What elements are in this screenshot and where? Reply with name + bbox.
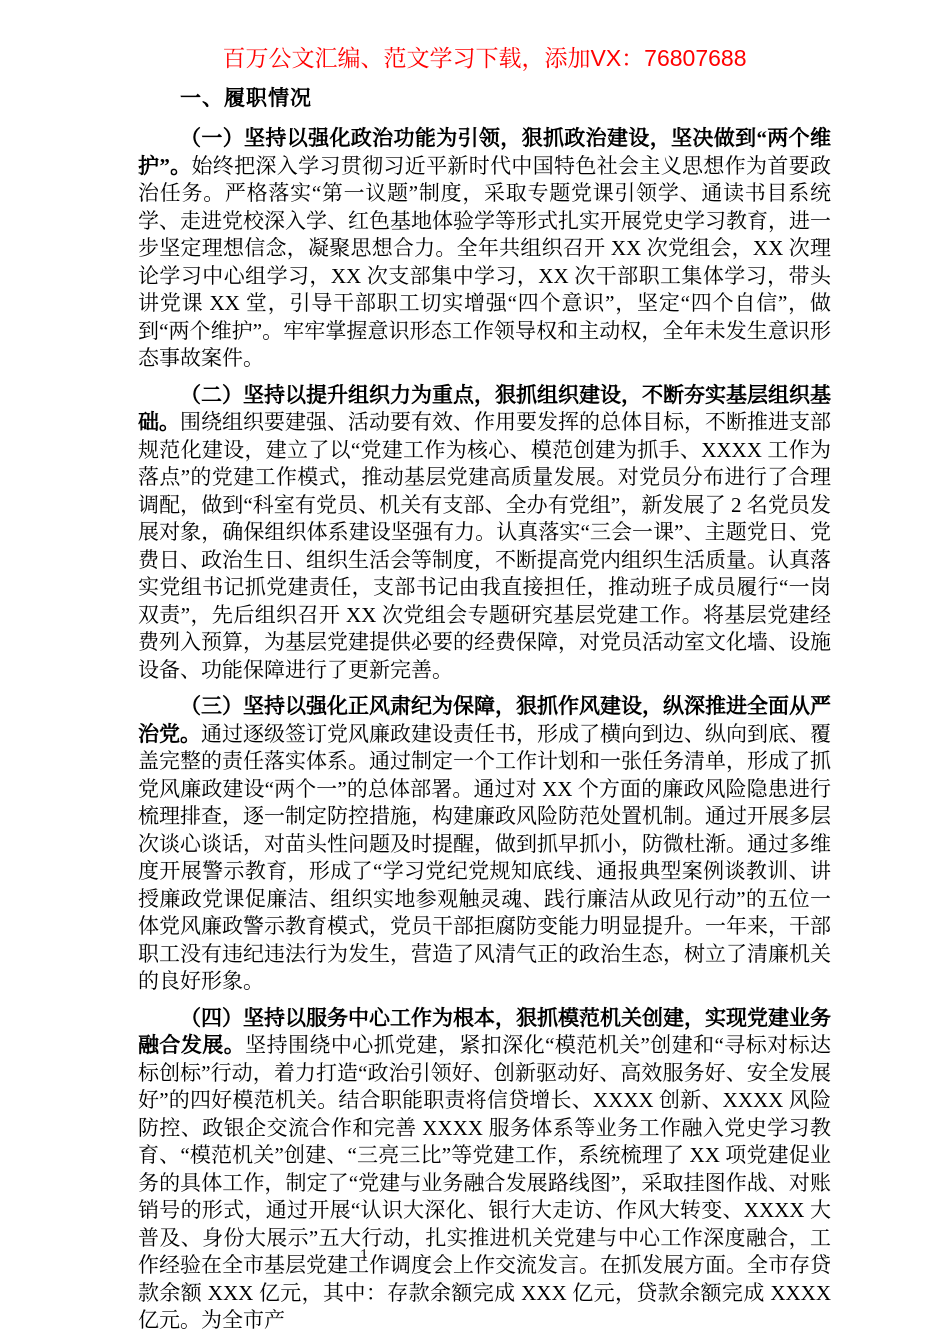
- section-heading: 一、履职情况: [138, 85, 831, 113]
- paragraph-4-body: 坚持围绕中心抓党建，紧扣深化“模范机关”创建和“寻标对标达标创标”行动，着力打造…: [138, 1033, 831, 1332]
- page-number: 1: [352, 1244, 376, 1266]
- paragraph-1: （一）坚持以强化政治功能为引领，狠抓政治建设，坚决做到“两个维护”。始终把深入学…: [138, 125, 831, 373]
- paragraph-3-body: 通过逐级签订党风廉政建设责任书，形成了横向到边、纵向到底、覆盖完整的责任落实体系…: [138, 722, 831, 994]
- paragraph-2: （二）坚持以提升组织力为重点，狠抓组织建设，不断夯实基层组织基础。围绕组织要建强…: [138, 382, 831, 685]
- paragraph-3: （三）坚持以强化正风肃纪为保障，狠抓作风建设，纵深推进全面从严治党。通过逐级签订…: [138, 693, 831, 996]
- paragraph-2-body: 围绕组织要建强、活动要有效、作用要发挥的总体目标，不断推进支部规范化建设，建立了…: [138, 410, 831, 682]
- paragraph-4: （四）坚持以服务中心工作为根本，狠抓模范机关创建，实现党建业务融合发展。坚持围绕…: [138, 1005, 831, 1335]
- paragraph-1-body: 始终把深入学习贯彻习近平新时代中国特色社会主义思想作为首要政治任务。严格落实“第…: [138, 154, 831, 371]
- document-page: 百万公文汇编、范文学习下载，添加VX：76807688 一、履职情况 （一）坚持…: [0, 0, 950, 1344]
- header-notice: 百万公文汇编、范文学习下载，添加VX：76807688: [138, 44, 831, 72]
- document-content: 百万公文汇编、范文学习下载，添加VX：76807688 一、履职情况 （一）坚持…: [138, 44, 831, 1344]
